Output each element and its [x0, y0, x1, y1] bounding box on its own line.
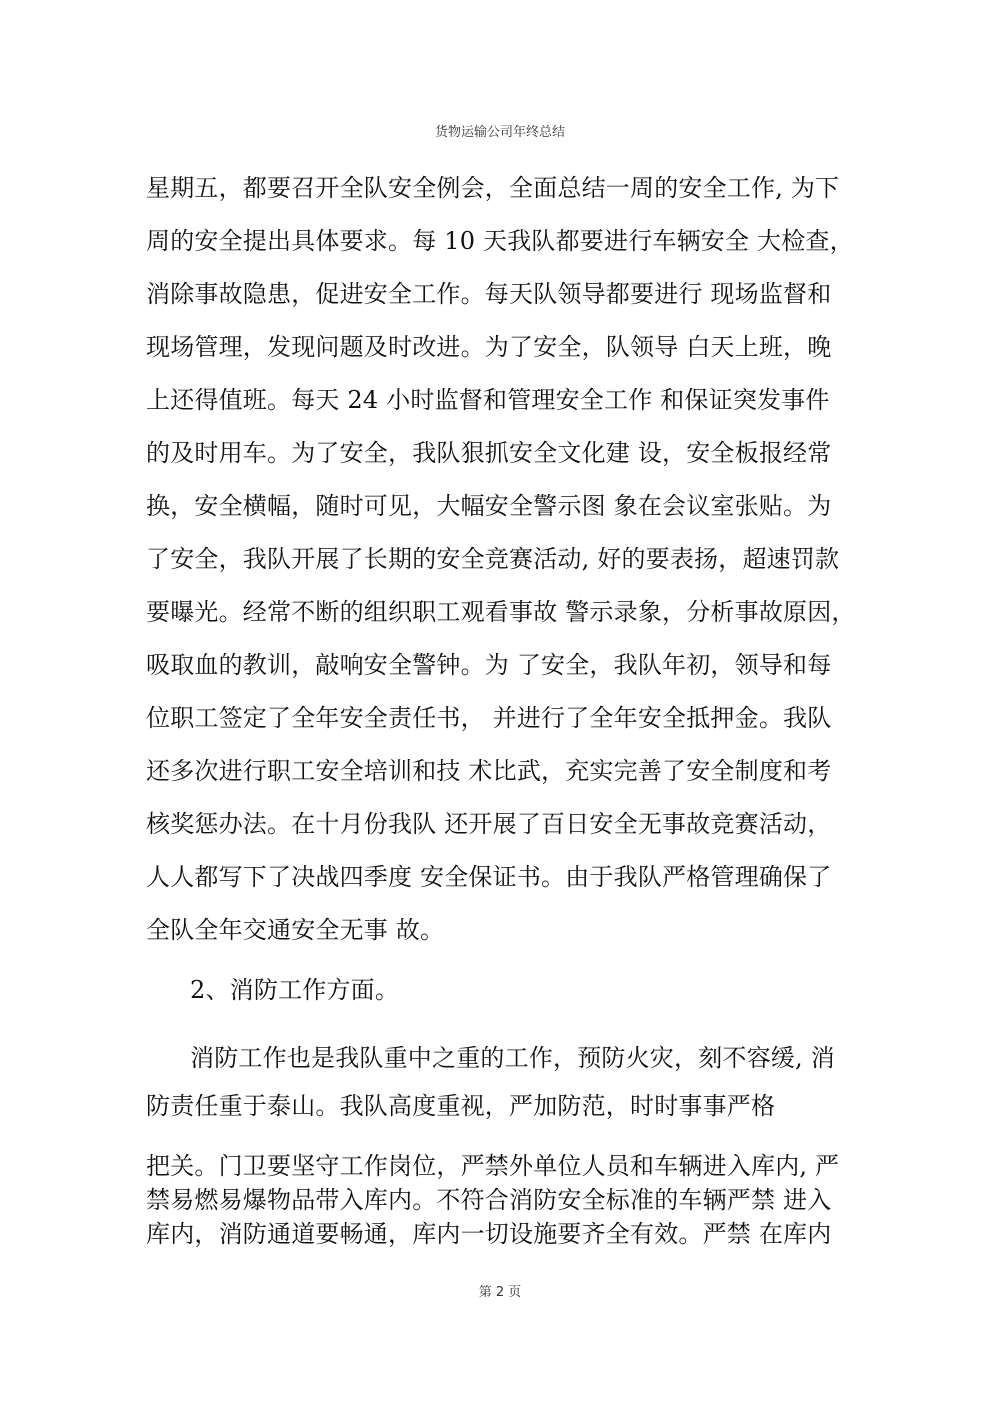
text-line: 防责任重于泰山。我队高度重视，严加防范，时时事事严格	[146, 1091, 775, 1121]
text-line: 了安全，我队开展了长期的安全竞赛活动, 好的要表扬，超速罚款	[146, 544, 839, 574]
text-line: 库内，消防通道要畅通，库内一切设施要齐全有效。严禁 在库内	[146, 1219, 831, 1249]
text-line: 换，安全横幅，随时可见，大幅安全警示图 象在会议室张贴。为	[146, 491, 831, 521]
text-line: 消除事故隐患，促进安全工作。每天队领导都要进行 现场监督和	[146, 279, 831, 309]
text-line: 还多次进行职工安全培训和技 术比武，充实完善了安全制度和考	[146, 756, 831, 786]
text-line: 位职工签定了全年安全责任书， 并进行了全年安全抵押金。我队	[146, 703, 831, 733]
text-line: 周的安全提出具体要求。每 10 天我队都要进行车辆安全 大检查，	[146, 226, 854, 256]
text-line: 禁易燃易爆物品带入库内。不符合消防安全标准的车辆严禁 进入	[146, 1185, 831, 1215]
text-line: 上还得值班。每天 24 小时监督和管理安全工作 和保证突发事件	[146, 385, 830, 415]
text-line: 核奖惩办法。在十月份我队 还开展了百日安全无事故竞赛活动，	[146, 809, 831, 839]
text-line: 全队全年交通安全无事 故。	[146, 915, 444, 945]
text-line: 把关。门卫要坚守工作岗位，严禁外单位人员和车辆进入库内, 严	[146, 1151, 839, 1181]
text-line: 人人都写下了决战四季度 安全保证书。由于我队严格管理确保了	[146, 862, 831, 892]
text-line: 吸取血的教训，敲响安全警钟。为 了安全，我队年初，领导和每	[146, 650, 831, 680]
text-line: 星期五，都要召开全队安全例会，全面总结一周的安全工作, 为下	[146, 173, 839, 203]
text-line: 现场管理，发现问题及时改进。为了安全，队领导 白天上班，晚	[146, 332, 831, 362]
section-heading: 2、消防工作方面。	[190, 975, 399, 1005]
text-line: 的及时用车。为了安全，我队狠抓安全文化建 设，安全板报经常	[146, 438, 831, 468]
page-header-title: 货物运输公司年终总结	[0, 121, 1000, 140]
text-line: 消防工作也是我队重中之重的工作，预防火灾，刻不容缓, 消	[190, 1043, 835, 1073]
page-number: 第 2 页	[0, 1281, 1000, 1300]
text-line: 要曝光。经常不断的组织职工观看事故 警示录象，分析事故原因，	[146, 597, 856, 627]
